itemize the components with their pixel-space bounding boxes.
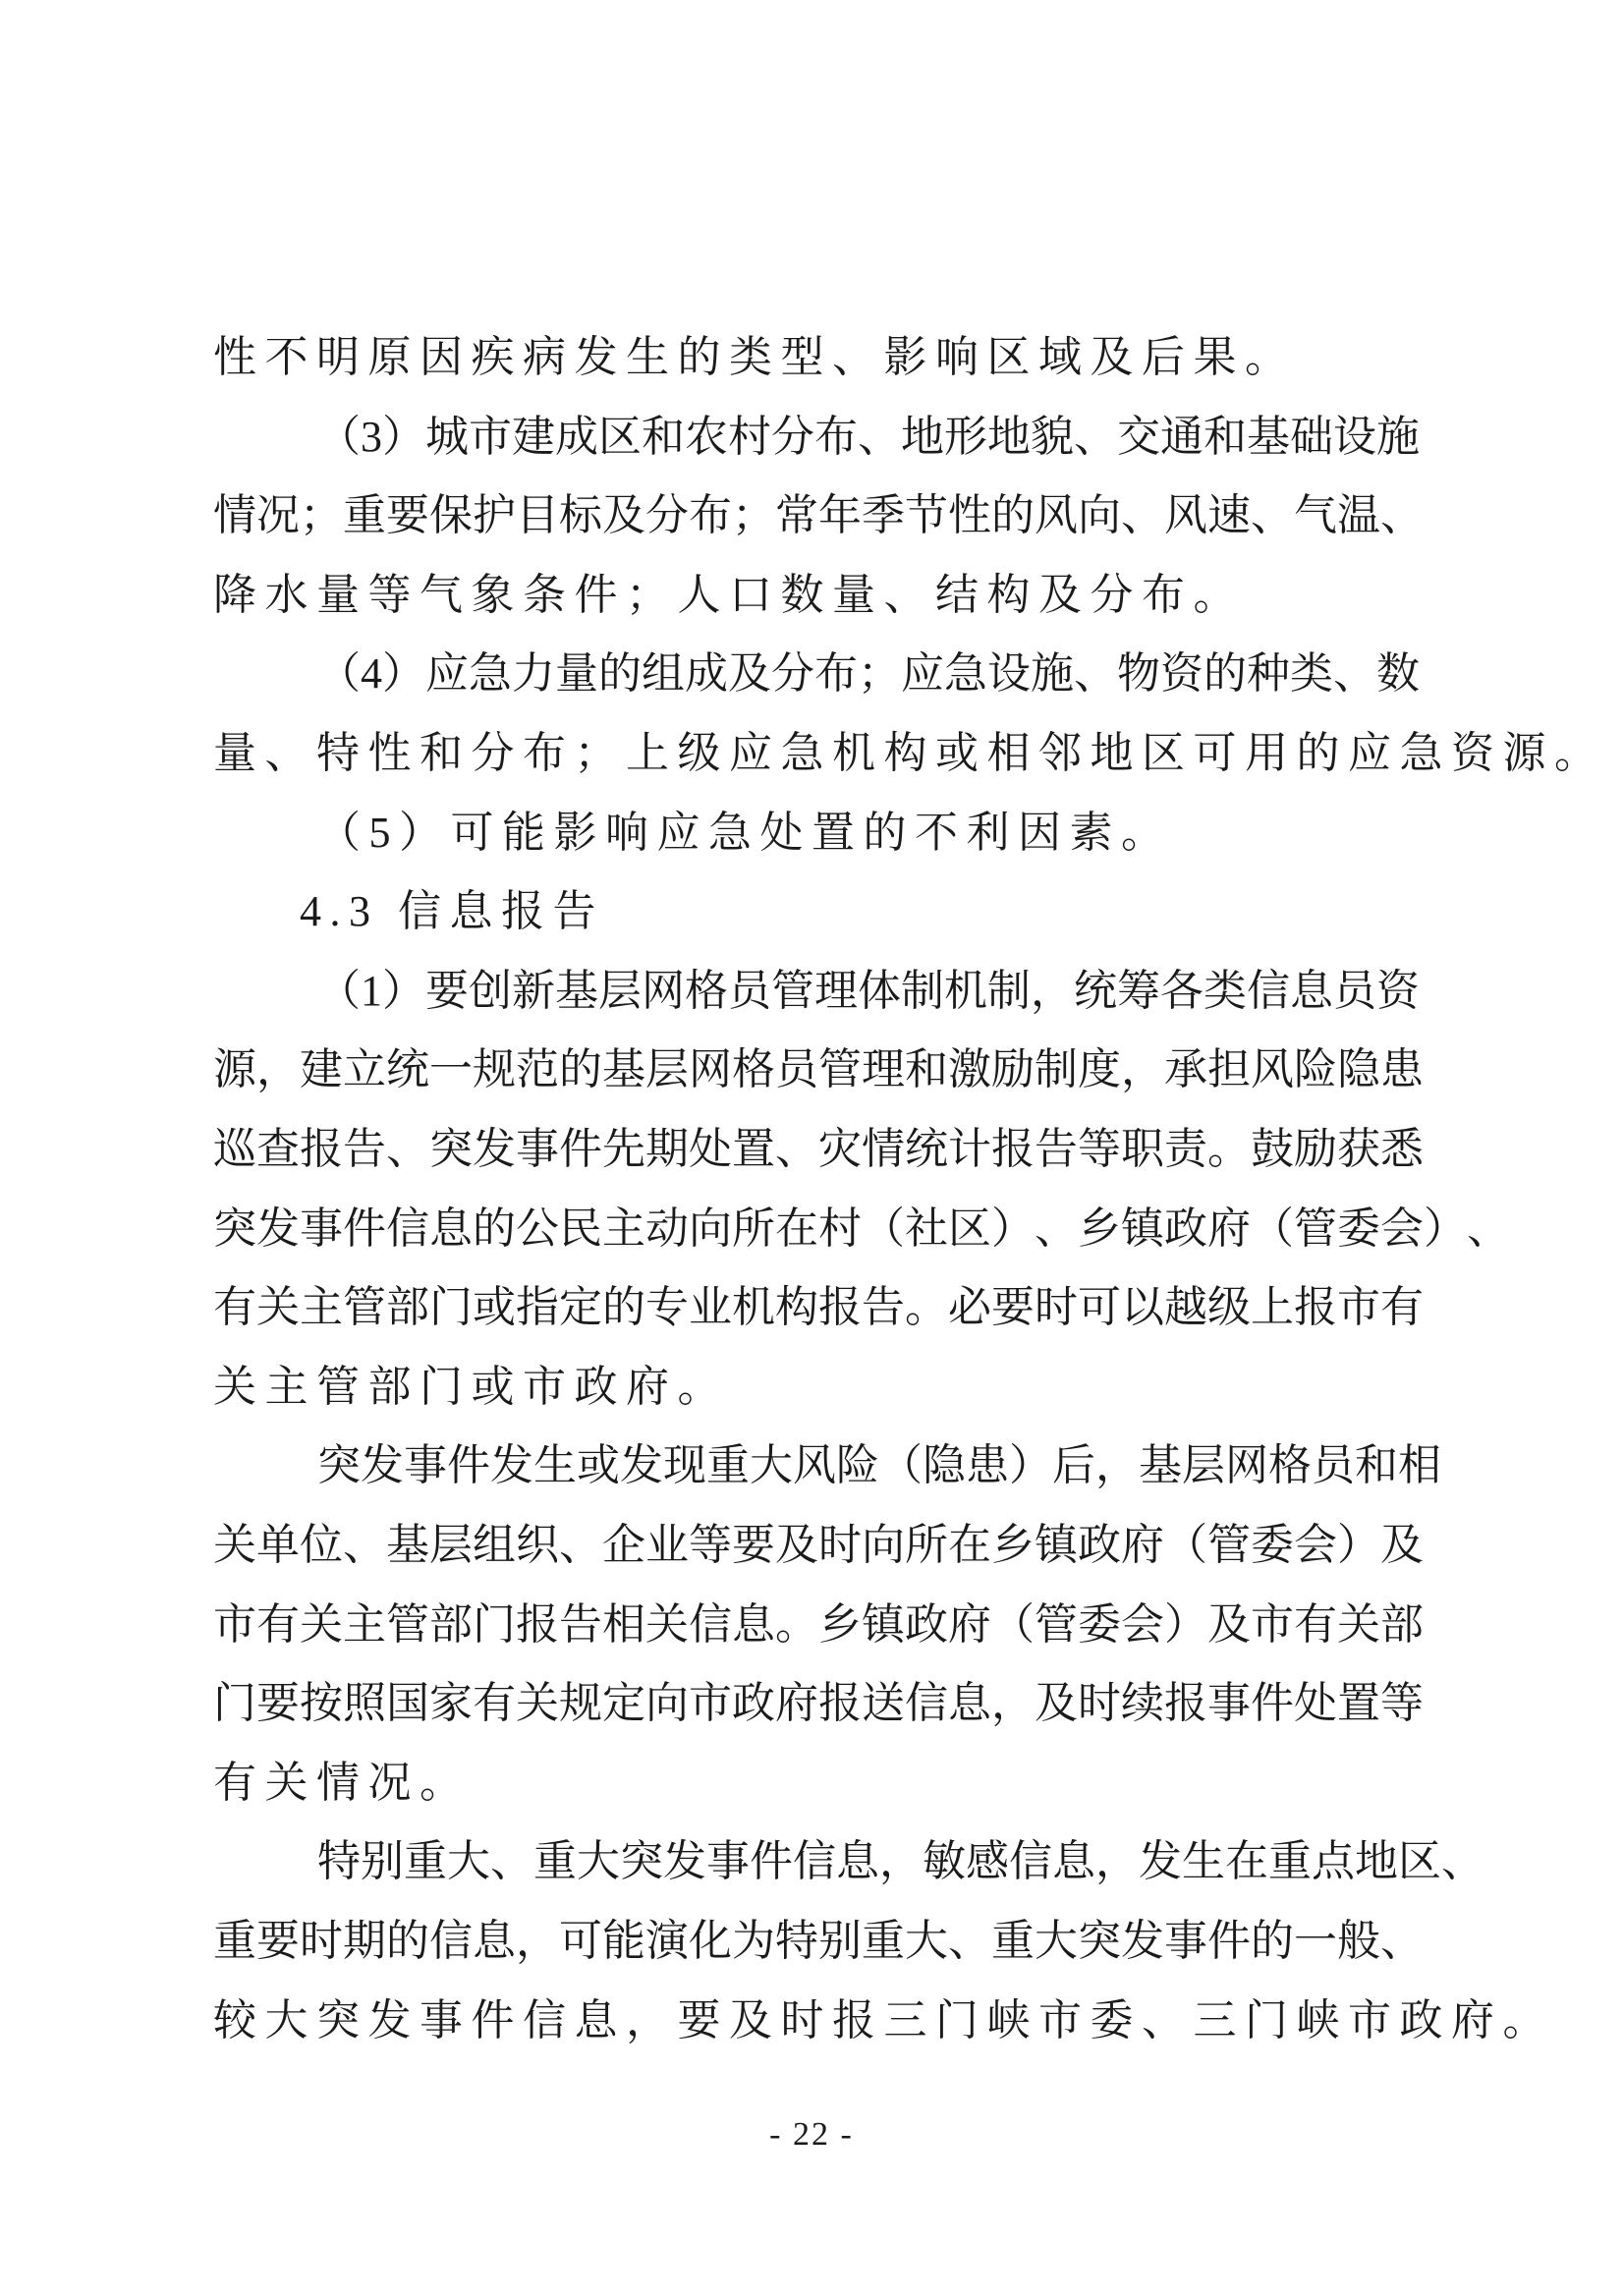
text-line: 市有关主管部门报告相关信息。乡镇政府（管委会）及市有关部 [213,1586,1414,1665]
section-heading: 4.3 信息报告 [300,872,604,952]
text-line: 突发事件信息的公民主动向所在村（社区）、乡镇政府（管委会）、 [213,1190,1414,1269]
document-page: 性不明原因疾病发生的类型、影响区域及后果。 （3）城市建成区和农村分布、地形地貌… [0,0,1623,2296]
paragraph-start-line: 特别重大、重大突发事件信息，敏感信息，发生在重点地区、 [317,1822,1414,1902]
text-line: 巡查报告、突发事件先期处置、灾情统计报告等职责。鼓励获悉 [213,1110,1414,1190]
text-line: 有关主管部门或指定的专业机构报告。必要时可以越级上报市有 [213,1268,1414,1348]
text-line: 关主管部门或市政府。 [213,1348,729,1428]
text-line: 降水量等气象条件；人口数量、结构及分布。 [213,556,1245,636]
page-number: - 22 - [0,2112,1623,2157]
text-line: 性不明原因疾病发生的类型、影响区域及后果。 [213,318,1297,398]
text-line: 源，建立统一规范的基层网格员管理和激励制度，承担风险隐患 [213,1031,1414,1110]
list-item-4-line: （4）应急力量的组成及分布；应急设施、物资的种类、数 [317,635,1414,714]
paragraph-start-line: 突发事件发生或发现重大风险（隐患）后，基层网格员和相 [317,1427,1414,1506]
text-line: 重要时期的信息，可能演化为特别重大、重大突发事件的一般、 [213,1902,1414,1982]
text-line: 关单位、基层组织、企业等要及时向所在乡镇政府（管委会）及 [213,1506,1414,1586]
text-line: 门要按照国家有关规定向市政府报送信息，及时续报事件处置等 [213,1664,1414,1744]
text-line: 情况；重要保护目标及分布；常年季节性的风向、风速、气温、 [213,476,1414,556]
list-item-3-line: （3）城市建成区和农村分布、地形地貌、交通和基础设施 [317,398,1414,477]
text-line: 有关情况。 [213,1744,472,1823]
list-item-5-line: （5）可能影响应急处置的不利因素。 [317,794,1173,873]
text-line: 量、特性和分布；上级应急机构或相邻地区可用的应急资源。 [213,714,1606,794]
text-line: 较大突发事件信息，要及时报三门峡市委、三门峡市政府。 [213,1982,1554,2061]
list-item-1-line: （1）要创新基层网格员管理体制机制，统筹各类信息员资 [317,952,1414,1032]
